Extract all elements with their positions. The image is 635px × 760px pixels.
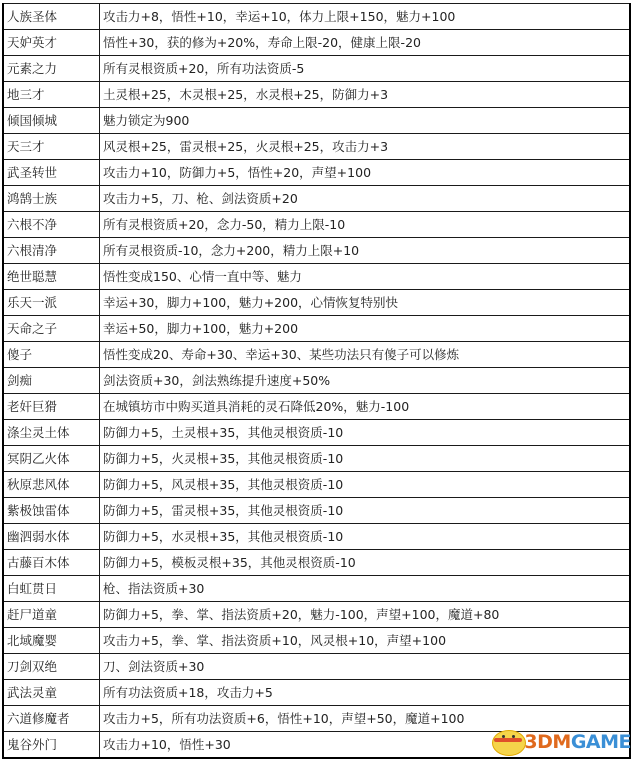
table-row: 六根清净所有灵根资质-10，念力+200，精力上限+10 bbox=[3, 238, 630, 264]
trait-name-cell: 紫极蚀雷体 bbox=[3, 498, 100, 524]
table-row: 地三才土灵根+25，木灵根+25，水灵根+25，防御力+3 bbox=[3, 82, 630, 108]
table-row: 老奸巨猾在城镇坊市中购买道具消耗的灵石降低20%，魅力-100 bbox=[3, 394, 630, 420]
trait-effect-cell: 防御力+5，风灵根+35，其他灵根资质-10 bbox=[100, 472, 631, 498]
trait-effect-cell: 攻击力+5，拳、掌、指法资质+10，风灵根+10，声望+100 bbox=[100, 628, 631, 654]
table-row: 武圣转世攻击力+10，防御力+5，悟性+20，声望+100 bbox=[3, 160, 630, 186]
trait-name-cell: 北域魔婴 bbox=[3, 628, 100, 654]
trait-name-cell: 天命之子 bbox=[3, 316, 100, 342]
trait-effect-cell: 所有功法资质+18，攻击力+5 bbox=[100, 680, 631, 706]
trait-name-cell: 冥阴乙火体 bbox=[3, 446, 100, 472]
trait-name-cell: 六根清净 bbox=[3, 238, 100, 264]
trait-name-cell: 老奸巨猾 bbox=[3, 394, 100, 420]
table-row: 天命之子幸运+50，脚力+100，魅力+200 bbox=[3, 316, 630, 342]
table-row: 北域魔婴攻击力+5，拳、掌、指法资质+10，风灵根+10，声望+100 bbox=[3, 628, 630, 654]
trait-effect-cell: 攻击力+5，所有功法资质+6，悟性+10，声望+50，魔道+100 bbox=[100, 706, 631, 732]
table-row: 元素之力所有灵根资质+20，所有功法资质-5 bbox=[3, 56, 630, 82]
trait-name-cell: 剑痴 bbox=[3, 368, 100, 394]
table-row: 涤尘灵土体防御力+5，土灵根+35，其他灵根资质-10 bbox=[3, 420, 630, 446]
trait-name-cell: 幽泗弱水体 bbox=[3, 524, 100, 550]
trait-name-cell: 古藤百木体 bbox=[3, 550, 100, 576]
trait-effect-cell: 所有灵根资质+20，所有功法资质-5 bbox=[100, 56, 631, 82]
trait-effect-cell: 幸运+50，脚力+100，魅力+200 bbox=[100, 316, 631, 342]
table-row: 傻子悟性变成20、寿命+30、幸运+30、某些功法只有傻子可以修炼 bbox=[3, 342, 630, 368]
table-row: 鬼谷外门攻击力+10，悟性+30 bbox=[3, 732, 630, 759]
table-row: 白虹贯日枪、指法资质+30 bbox=[3, 576, 630, 602]
trait-name-cell: 人族圣体 bbox=[3, 4, 100, 30]
trait-effect-cell: 悟性变成150、心情一直中等、魅力 bbox=[100, 264, 631, 290]
trait-name-cell: 倾国倾城 bbox=[3, 108, 100, 134]
trait-name-cell: 涤尘灵土体 bbox=[3, 420, 100, 446]
trait-name-cell: 秋原悲风体 bbox=[3, 472, 100, 498]
trait-effect-cell: 在城镇坊市中购买道具消耗的灵石降低20%，魅力-100 bbox=[100, 394, 631, 420]
trait-name-cell: 元素之力 bbox=[3, 56, 100, 82]
table-row: 天妒英才悟性+30，获的修为+20%，寿命上限-20，健康上限-20 bbox=[3, 30, 630, 56]
trait-effect-cell: 所有灵根资质+20，念力-50，精力上限-10 bbox=[100, 212, 631, 238]
trait-effect-cell: 幸运+30，脚力+100，魅力+200，心情恢复特别快 bbox=[100, 290, 631, 316]
trait-effect-cell: 悟性变成20、寿命+30、幸运+30、某些功法只有傻子可以修炼 bbox=[100, 342, 631, 368]
trait-name-cell: 天妒英才 bbox=[3, 30, 100, 56]
table-row: 乐天一派幸运+30，脚力+100，魅力+200，心情恢复特别快 bbox=[3, 290, 630, 316]
trait-effect-cell: 所有灵根资质-10，念力+200，精力上限+10 bbox=[100, 238, 631, 264]
trait-effect-cell: 土灵根+25，木灵根+25，水灵根+25，防御力+3 bbox=[100, 82, 631, 108]
trait-name-cell: 六根不净 bbox=[3, 212, 100, 238]
table-row: 冥阴乙火体防御力+5，火灵根+35，其他灵根资质-10 bbox=[3, 446, 630, 472]
trait-effect-cell: 风灵根+25，雷灵根+25，火灵根+25，攻击力+3 bbox=[100, 134, 631, 160]
table-row: 倾国倾城魅力锁定为900 bbox=[3, 108, 630, 134]
trait-name-cell: 傻子 bbox=[3, 342, 100, 368]
traits-table-body: 人族圣体攻击力+8，悟性+10，幸运+10，体力上限+150，魅力+100天妒英… bbox=[3, 4, 630, 759]
table-row: 古藤百木体防御力+5，模板灵根+35，其他灵根资质-10 bbox=[3, 550, 630, 576]
trait-effect-cell: 攻击力+10，悟性+30 bbox=[100, 732, 631, 759]
trait-effect-cell: 悟性+30，获的修为+20%，寿命上限-20，健康上限-20 bbox=[100, 30, 631, 56]
trait-name-cell: 白虹贯日 bbox=[3, 576, 100, 602]
trait-name-cell: 赶尸道童 bbox=[3, 602, 100, 628]
table-row: 紫极蚀雷体防御力+5，雷灵根+35，其他灵根资质-10 bbox=[3, 498, 630, 524]
table-row: 六根不净所有灵根资质+20，念力-50，精力上限-10 bbox=[3, 212, 630, 238]
trait-effect-cell: 防御力+5，拳、掌、指法资质+20，魅力-100，声望+100，魔道+80 bbox=[100, 602, 631, 628]
table-row: 鸿鹄士族攻击力+5，刀、枪、剑法资质+20 bbox=[3, 186, 630, 212]
trait-name-cell: 鬼谷外门 bbox=[3, 732, 100, 759]
trait-name-cell: 鸿鹄士族 bbox=[3, 186, 100, 212]
traits-table-container: 人族圣体攻击力+8，悟性+10，幸运+10，体力上限+150，魅力+100天妒英… bbox=[2, 3, 631, 759]
trait-name-cell: 武圣转世 bbox=[3, 160, 100, 186]
trait-effect-cell: 枪、指法资质+30 bbox=[100, 576, 631, 602]
trait-name-cell: 天三才 bbox=[3, 134, 100, 160]
trait-name-cell: 六道修魔者 bbox=[3, 706, 100, 732]
trait-effect-cell: 攻击力+10，防御力+5，悟性+20，声望+100 bbox=[100, 160, 631, 186]
trait-effect-cell: 防御力+5，土灵根+35，其他灵根资质-10 bbox=[100, 420, 631, 446]
trait-name-cell: 地三才 bbox=[3, 82, 100, 108]
table-row: 秋原悲风体防御力+5，风灵根+35，其他灵根资质-10 bbox=[3, 472, 630, 498]
trait-effect-cell: 防御力+5，雷灵根+35，其他灵根资质-10 bbox=[100, 498, 631, 524]
trait-effect-cell: 魅力锁定为900 bbox=[100, 108, 631, 134]
trait-effect-cell: 防御力+5，水灵根+35，其他灵根资质-10 bbox=[100, 524, 631, 550]
trait-name-cell: 武法灵童 bbox=[3, 680, 100, 706]
trait-effect-cell: 攻击力+8，悟性+10，幸运+10，体力上限+150，魅力+100 bbox=[100, 4, 631, 30]
trait-effect-cell: 防御力+5，火灵根+35，其他灵根资质-10 bbox=[100, 446, 631, 472]
table-row: 六道修魔者攻击力+5，所有功法资质+6，悟性+10，声望+50，魔道+100 bbox=[3, 706, 630, 732]
table-row: 天三才风灵根+25，雷灵根+25，火灵根+25，攻击力+3 bbox=[3, 134, 630, 160]
table-row: 刀剑双绝刀、剑法资质+30 bbox=[3, 654, 630, 680]
table-row: 武法灵童所有功法资质+18，攻击力+5 bbox=[3, 680, 630, 706]
trait-effect-cell: 刀、剑法资质+30 bbox=[100, 654, 631, 680]
trait-effect-cell: 防御力+5，模板灵根+35，其他灵根资质-10 bbox=[100, 550, 631, 576]
table-row: 绝世聪慧悟性变成150、心情一直中等、魅力 bbox=[3, 264, 630, 290]
table-row: 赶尸道童防御力+5，拳、掌、指法资质+20，魅力-100，声望+100，魔道+8… bbox=[3, 602, 630, 628]
table-row: 人族圣体攻击力+8，悟性+10，幸运+10，体力上限+150，魅力+100 bbox=[3, 4, 630, 30]
trait-effect-cell: 剑法资质+30，剑法熟练提升速度+50% bbox=[100, 368, 631, 394]
traits-table: 人族圣体攻击力+8，悟性+10，幸运+10，体力上限+150，魅力+100天妒英… bbox=[2, 3, 631, 759]
table-row: 幽泗弱水体防御力+5，水灵根+35，其他灵根资质-10 bbox=[3, 524, 630, 550]
trait-effect-cell: 攻击力+5，刀、枪、剑法资质+20 bbox=[100, 186, 631, 212]
trait-name-cell: 刀剑双绝 bbox=[3, 654, 100, 680]
trait-name-cell: 乐天一派 bbox=[3, 290, 100, 316]
table-row: 剑痴剑法资质+30，剑法熟练提升速度+50% bbox=[3, 368, 630, 394]
trait-name-cell: 绝世聪慧 bbox=[3, 264, 100, 290]
